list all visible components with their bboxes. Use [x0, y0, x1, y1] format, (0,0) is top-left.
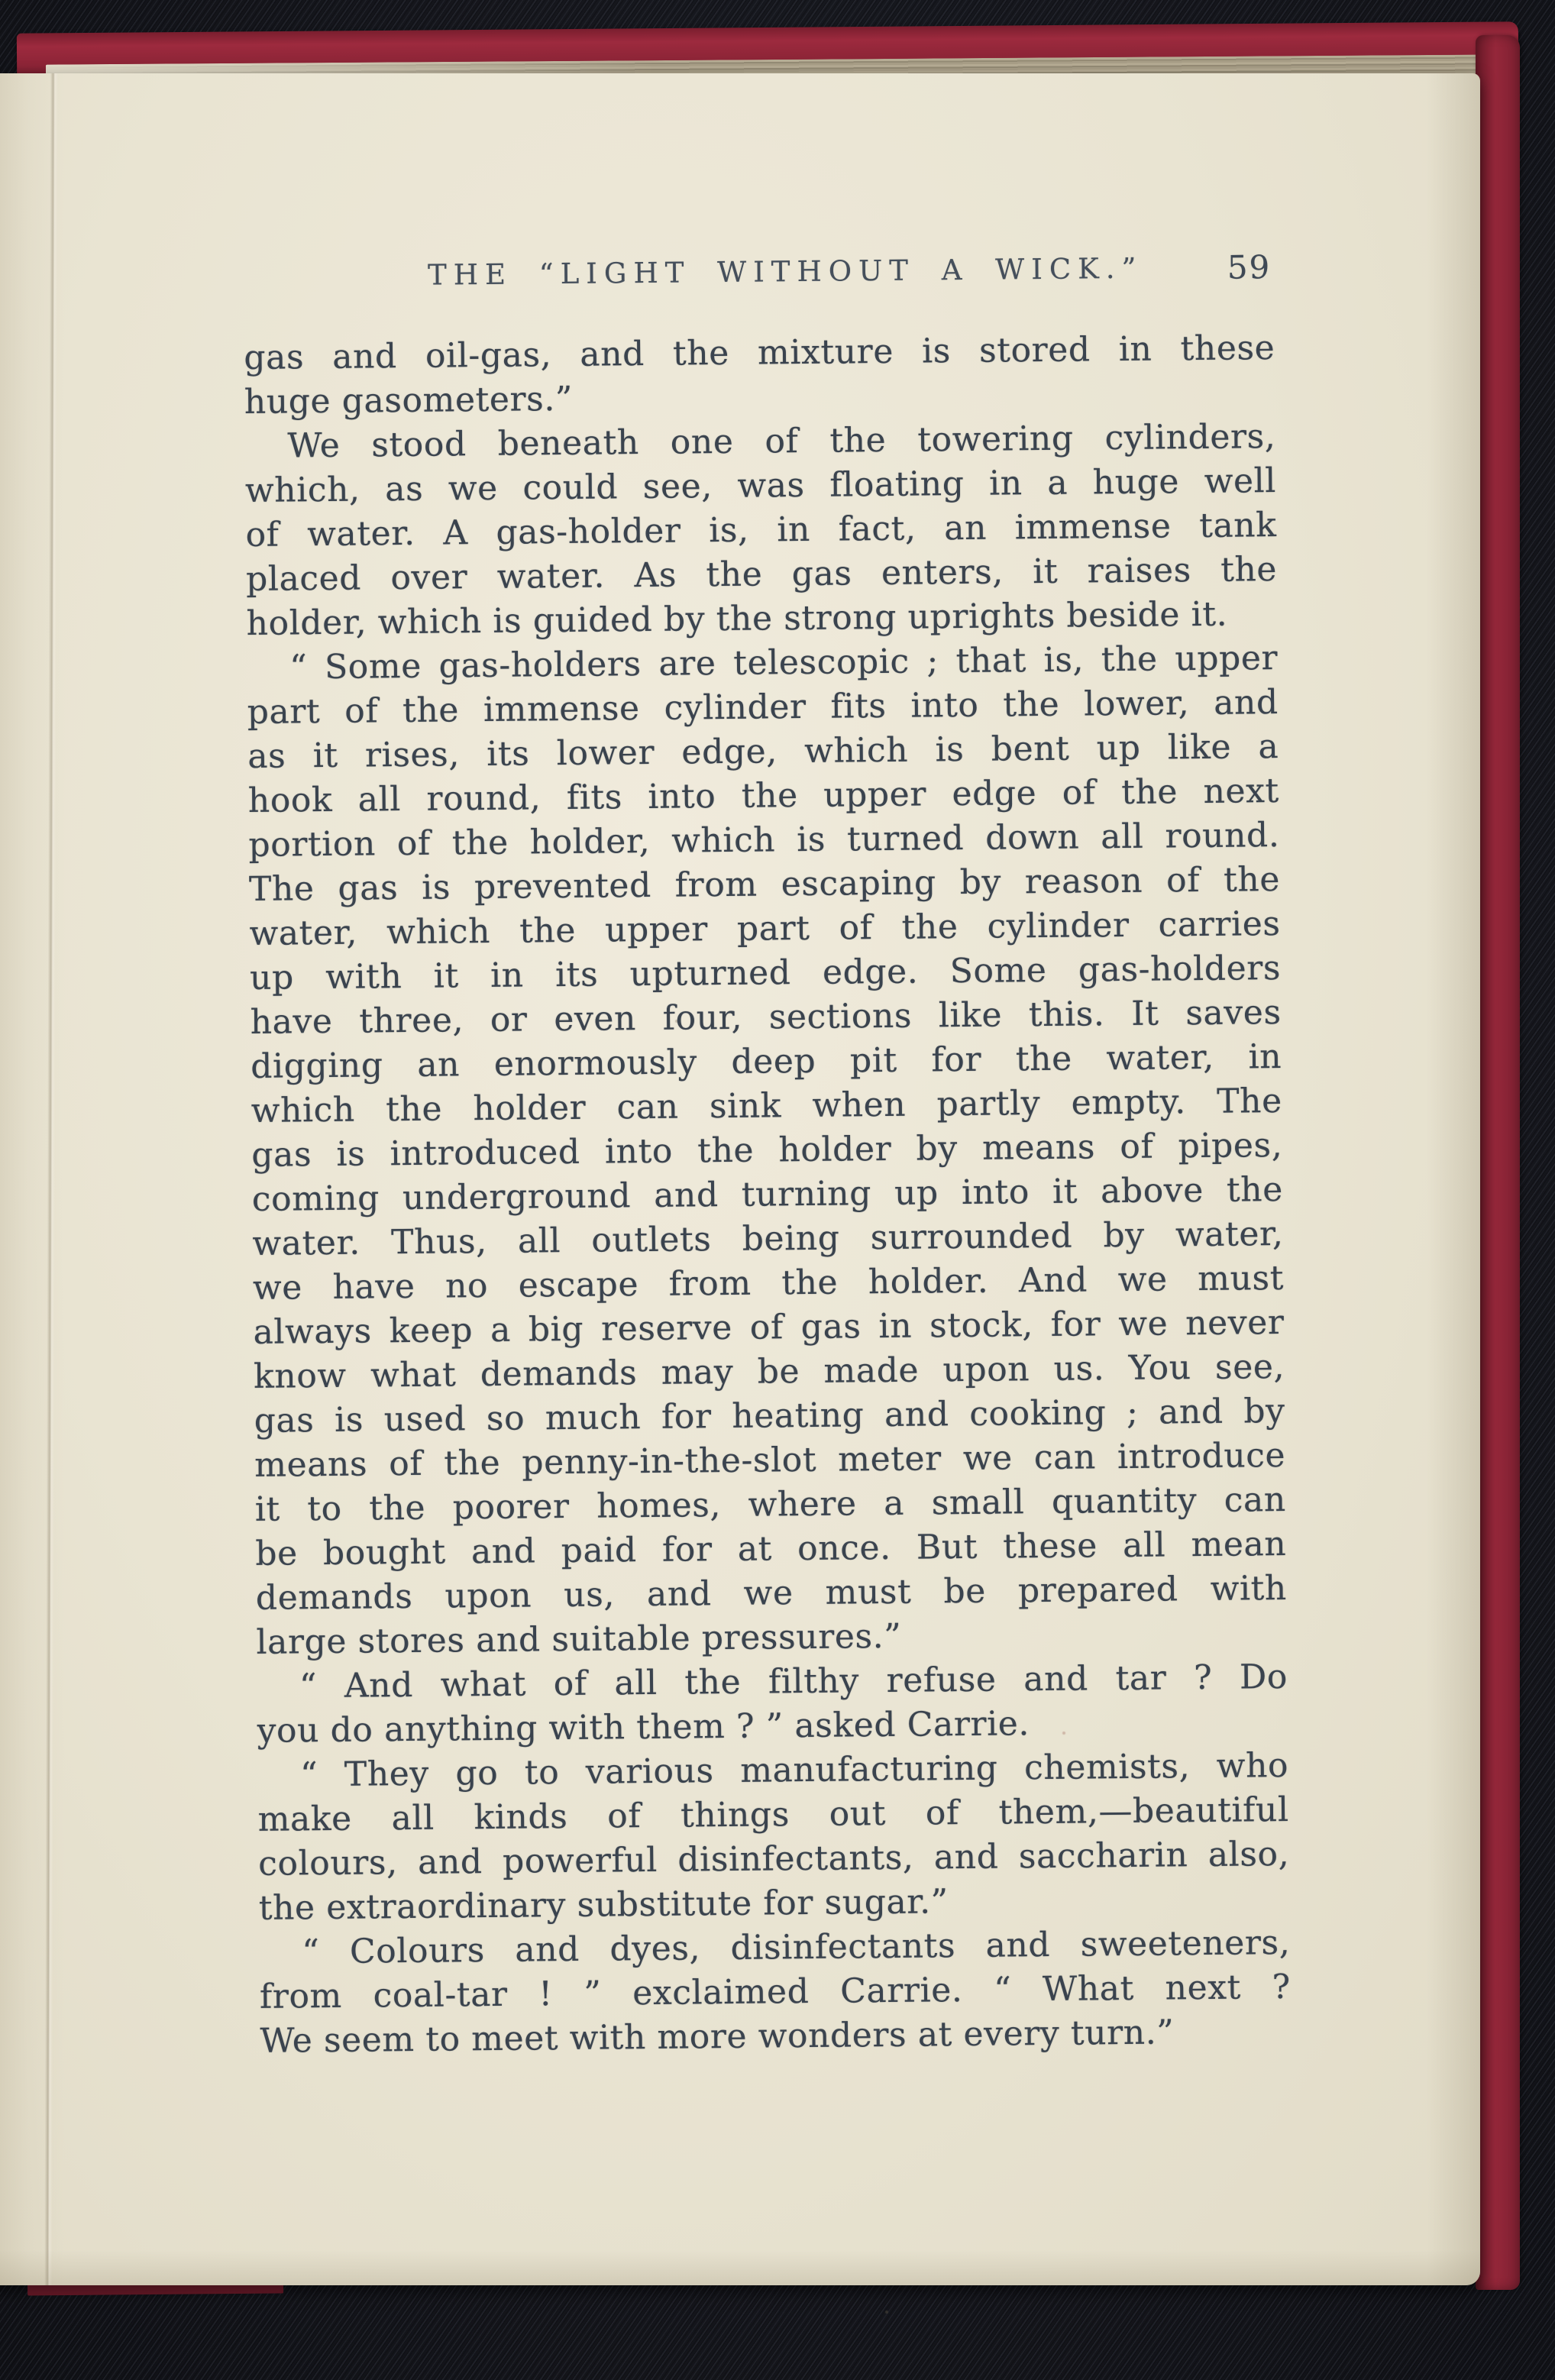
page-header-title: THE “LIGHT WITHOUT A WICK.”	[428, 244, 1143, 301]
paragraph: “ Some gas-holders are telescopic ; that…	[247, 636, 1288, 1665]
body-text: gas and oil-gas, and the mixture is stor…	[244, 326, 1292, 2064]
paragraph: “ And what of all the filthy refuse and …	[257, 1655, 1288, 1754]
paragraph: gas and oil-gas, and the mixture is stor…	[244, 326, 1275, 425]
book-cover-right-edge	[1476, 35, 1520, 2290]
page-edge-shade-bottom	[0, 2250, 1480, 2285]
book-photo: THE “LIGHT WITHOUT A WICK.” 59 gas and o…	[0, 0, 1555, 2380]
page-edge-shade-right	[1427, 73, 1480, 2285]
book-page: THE “LIGHT WITHOUT A WICK.” 59 gas and o…	[0, 73, 1480, 2285]
paragraph: We stood beneath one of the towering cyl…	[244, 415, 1278, 646]
page-content: THE “LIGHT WITHOUT A WICK.” 59 gas and o…	[243, 242, 1292, 2064]
text-line: We seem to meet with more wonders at eve…	[260, 2010, 1291, 2064]
paragraph: “ They go to various manufacturing chemi…	[257, 1744, 1290, 1931]
paragraph: “ Colours and dyes, disinfectants and sw…	[259, 1921, 1292, 2064]
page-number: 59	[1227, 242, 1271, 293]
running-header: THE “LIGHT WITHOUT A WICK.” 59	[243, 242, 1275, 302]
